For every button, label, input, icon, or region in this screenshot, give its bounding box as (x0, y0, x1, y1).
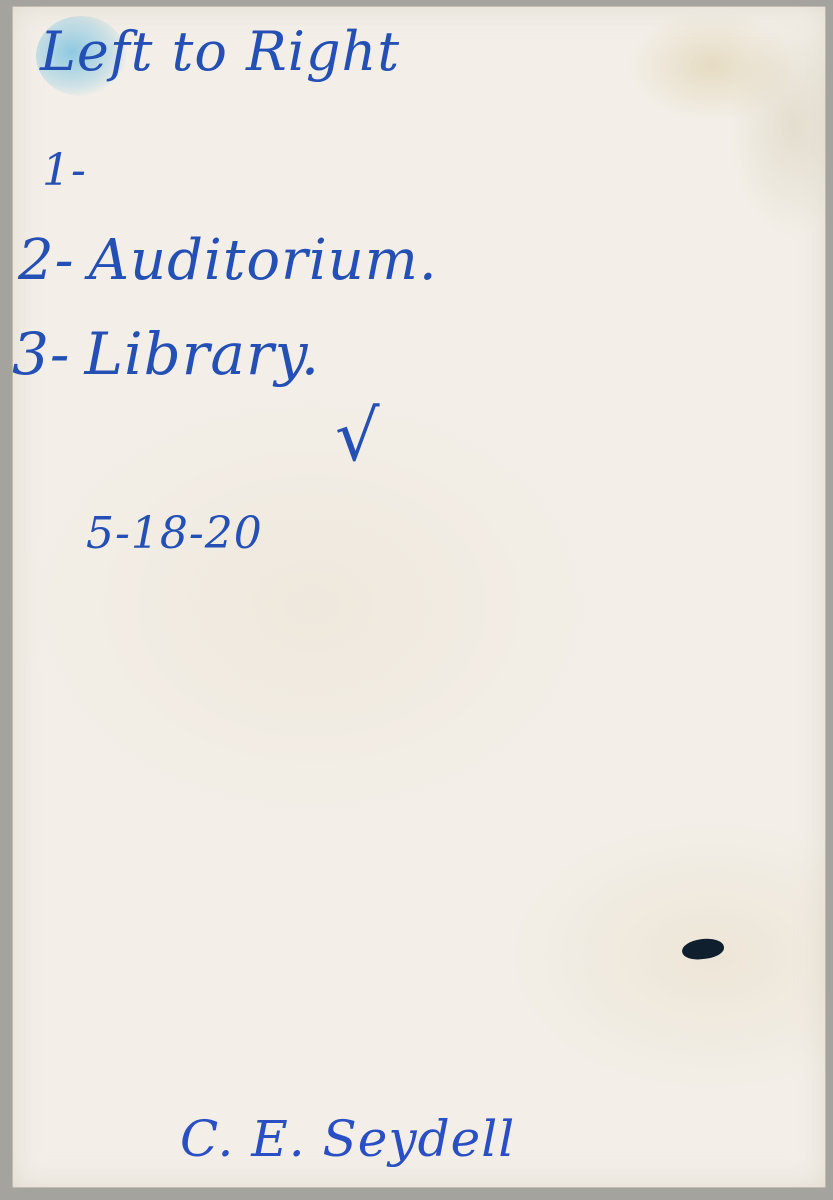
handwritten-date: 5-18-20 (86, 508, 263, 559)
ink-blot-mark (681, 936, 725, 962)
list-item-3: 3-Library. (12, 320, 320, 388)
list-item-1: 1- (42, 145, 101, 196)
list-item-number: 1- (42, 145, 87, 196)
list-item-number: 2- (18, 228, 75, 293)
check-mark-icon: √ (335, 395, 381, 477)
list-item-2: 2-Auditorium. (18, 228, 438, 293)
signature: C. E. Seydell (180, 1110, 515, 1168)
scan-background: Left to Right 1- 2-Auditorium. 3-Library… (0, 0, 833, 1200)
list-item-label: Library. (85, 320, 321, 388)
heading-left-to-right: Left to Right (40, 20, 400, 83)
photo-card-back (12, 6, 826, 1188)
list-item-number: 3- (12, 320, 71, 388)
list-item-label: Auditorium. (89, 228, 438, 293)
